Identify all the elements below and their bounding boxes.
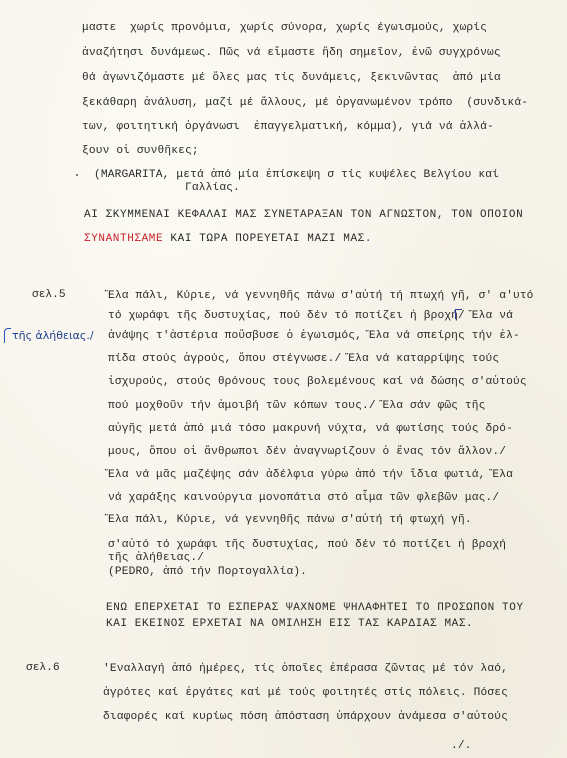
margin-bracket-icon bbox=[4, 328, 11, 343]
paragraph-1-line-4: ξεκάθαρη ἀνάλυση, μαζί μέ ἄλλους, μέ ὀργ… bbox=[82, 96, 528, 110]
caps-block-2-line-2: ΚΑΙ ΕΚΕΙΝΟΣ ΕΡΧΕΤΑΙ ΝΑ ΟΜΙΛΗΣΗ ΕΙΣ ΤΑΣ Κ… bbox=[106, 617, 473, 631]
attribution-margarita-line-1: (MARGARITA, μετά ἀπό μία ἐπίσκεψη σ τίς … bbox=[94, 168, 499, 182]
section-5-line-10: νά χαράξης καινούργια μονοπάτια στό αἷμα… bbox=[108, 491, 499, 505]
section-5-label: σελ.5 bbox=[32, 289, 66, 301]
attribution-pedro: (PEDRO, ἀπό τήν Πορτογαλλία). bbox=[108, 565, 307, 579]
section-5-line-11: Ἔλα πάλι, Κύριε, νά γεννηθῆς πάνω σ'αὐτή… bbox=[108, 513, 472, 527]
paragraph-1-line-6: ξουν οἱ συνθῆκες; bbox=[82, 144, 199, 158]
section-5-repeat-line-1: σ'αὐτό τό χωράφι τῆς δυστυχίας, πού δέν … bbox=[108, 538, 506, 552]
section-5-line-7: αὐγῆς μετά ἀπό μιά τόσο μακρυνή νύχτα, ν… bbox=[108, 422, 513, 436]
highlighted-word: ΣΥΝΑΝΤΗΣΑΜΕ bbox=[84, 233, 163, 245]
caps-block-1-line-1: ΑΙ ΣΚΥΜΜΕΝΑΙ ΚΕΦΑΛΑΙ ΜΑΣ ΣΥΝΕΤΑΡΑΞΑΝ ΤΟΝ… bbox=[84, 208, 523, 222]
section-5-line-6: πού μοχθοῦν τήν ἀμοιβή τῶν κόπων τους./ … bbox=[108, 399, 486, 413]
caps-block-1-line-2: ΣΥΝΑΝΤΗΣΑΜΕ ΚΑΙ ΤΩΡΑ ΠΟΡΕΥΕΤΑΙ ΜΑΖΙ ΜΑΣ. bbox=[84, 232, 372, 246]
insertion-mark-icon bbox=[455, 309, 462, 319]
section-5-margin-note: τῆς ἀλήθειας./ bbox=[12, 329, 94, 342]
typewritten-page: μαστε χωρίς προνόμια, χωρίς σύνορα, χωρί… bbox=[0, 0, 567, 758]
section-6-line-1: 'Εναλλαγή ἀπό ἡμέρες, τίς ὁποῖες ἐπέρασα… bbox=[103, 662, 508, 676]
caps-block-2-line-1: ΕΝΩ ΕΠΕΡΧΕΤΑΙ ΤΟ ΕΣΠΕΡΑΣ ΨΑΧΝΟΜΕ ΨΗΛΑΦΗΤ… bbox=[106, 601, 524, 615]
paragraph-1-line-2: ἀναζήτησι δυνάμεως. Πῶς νά εἴμαστε ἤδη σ… bbox=[82, 46, 501, 60]
section-5-line-9: Ἔλα νά μᾶς μαζέψης σάν ἀδέλφια γύρω ἀπό … bbox=[108, 468, 513, 482]
section-6-line-2: ἀγρότες καί ἐργάτες καί μέ τούς φοιτητές… bbox=[103, 686, 508, 700]
section-5-line-8: μους, ὅπου οἱ ἄνθρωποι δέν ἀναγνωρίζουν … bbox=[108, 445, 506, 459]
section-5-line-1: Ἔλα πάλι, Κύριε, νά γεννηθῆς πάνω σ'αὐτή… bbox=[108, 289, 534, 303]
paragraph-1-line-5: των, φοιτητική ὀργάνωσι ἐπαγγελματική, κ… bbox=[82, 120, 494, 134]
section-5-line-3: ἀνάψης τ'ἀστέρια ποὔσβυσε ὁ ἐγωισμός, Ἔλ… bbox=[108, 329, 520, 343]
section-5-line-4: πίδα στούς ἀγρούς, ὅπου στέγνωσε./ Ἔλα ν… bbox=[108, 352, 499, 366]
ink-speck bbox=[76, 174, 78, 176]
section-5-line-2: τό χωράφι τῆς δυστυχίας, πού δέν τό ποτί… bbox=[108, 309, 513, 323]
paragraph-1-line-1: μαστε χωρίς προνόμια, χωρίς σύνορα, χωρί… bbox=[82, 21, 487, 35]
section-6-line-3: διαφορές καί κυρίως πόση ἀπόσταση ὑπάρχο… bbox=[103, 710, 508, 724]
attribution-margarita-line-2: Γαλλίας. bbox=[185, 181, 240, 195]
section-6-label: σελ.6 bbox=[26, 662, 60, 674]
continuation-mark: ./. bbox=[451, 739, 472, 753]
section-5-line-5: ἰσχυρούς, στούς θρόνους τους βολεμένους … bbox=[108, 375, 527, 389]
section-5-repeat-line-2: τῆς ἀλήθειας./ bbox=[108, 551, 204, 565]
paragraph-1-line-3: θά ἀγωνιζόμαστε μέ ὅλες μας τίς δυνάμεις… bbox=[82, 71, 501, 85]
